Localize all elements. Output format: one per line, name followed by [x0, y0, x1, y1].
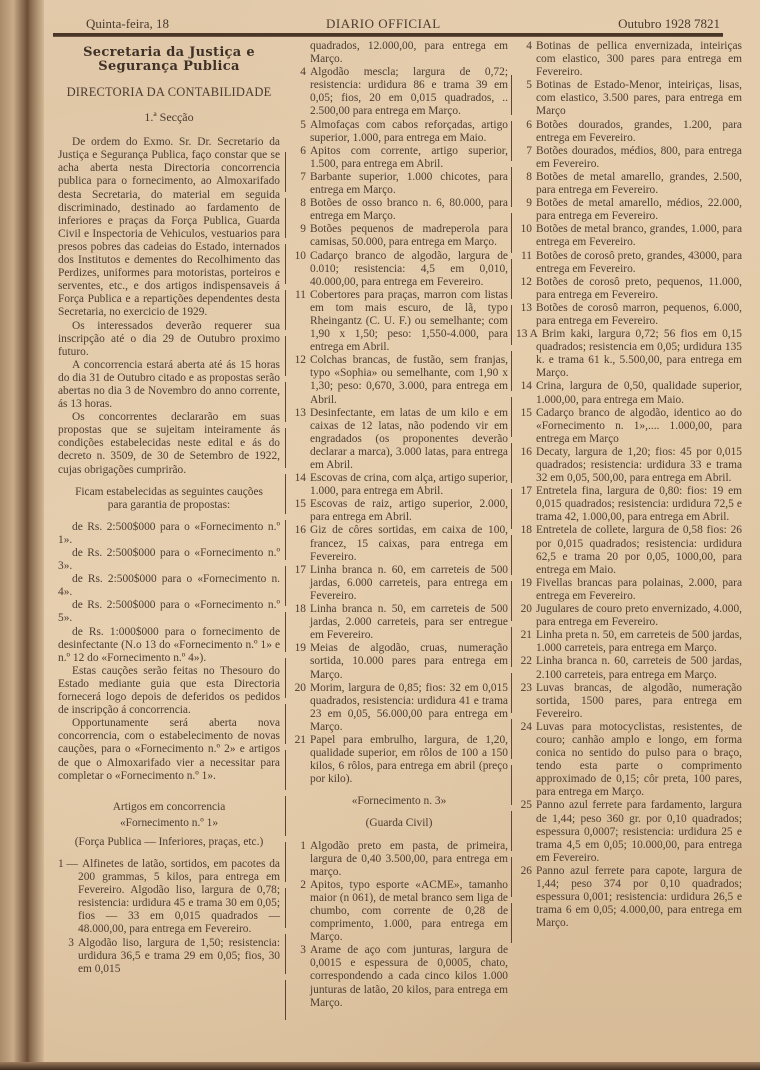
item-number: 14 [516, 380, 532, 393]
item-number: 16 [290, 524, 306, 537]
item-text: Almofaças com cabos reforçadas, artigo s… [310, 119, 508, 144]
list-item: 13Desinfectante, em latas de um kilo e e… [290, 407, 508, 472]
list-item: 10Botões de metal branco, grandes, 1.000… [516, 223, 742, 249]
item-text: Luvas brancas, de algodão, numeração sor… [536, 682, 742, 720]
item-text: Papel para embrulho, largura, de 1,20, q… [310, 734, 508, 785]
list-item: 18Linha branca n. 50, em carreteis de 50… [290, 603, 508, 642]
item-number: 25 [516, 799, 532, 812]
item-number: 17 [516, 485, 532, 498]
item-text: Linha branca n. 50, em carreteis de 500 … [310, 603, 508, 641]
item-number: 5 [516, 79, 532, 92]
item-text: Meias de algodão, cruas, numeração sorti… [310, 642, 508, 680]
list-item: 21Linha preta n. 50, em carreteis de 500… [516, 629, 742, 655]
item-text: Linha branca n. 60, carreteis de 500 jar… [536, 655, 742, 680]
item-number: 7 [290, 171, 306, 184]
items-list: 4Botinas de pellica envernizada, inteiri… [516, 40, 742, 930]
list-item: 21Papel para embrulho, largura, de 1,20,… [290, 734, 508, 786]
column-3: 4Botinas de pellica envernizada, inteiri… [516, 40, 742, 930]
item-text: Colchas brancas, de fustão, sem franjas,… [310, 354, 508, 405]
item-text: Linha branca n. 60, em carreteis de 500 … [310, 564, 508, 602]
paragraph: A concorrencia estará aberta até ás 15 h… [58, 359, 280, 411]
item-number: 11 [516, 250, 532, 263]
closing-paragraphs: Estas cauções serão feitas no Thesouro d… [58, 665, 280, 783]
item-text: Botões de metal amarello, médios, 22.000… [536, 197, 742, 222]
item-text: Crina, largura de 0,50, qualidade superi… [536, 380, 742, 405]
items-list: 4Algodão mescla; largura de 0,72; resist… [290, 66, 508, 786]
item-number: 12 [290, 354, 306, 367]
item-text: Algodão preto em pasta, de primeira, lar… [310, 840, 508, 878]
item-number: 21 [516, 629, 532, 642]
item-text: Entretela de collete, largura de 0,58 fi… [536, 524, 742, 575]
list-item: 17Linha branca n. 60, em carreteis de 50… [290, 564, 508, 603]
item-number: 20 [290, 682, 306, 695]
list-item: 17Entretela fina, largura de 0,80: fios:… [516, 485, 742, 524]
header-title: DIARIO OFFICIAL [326, 16, 441, 32]
item-number: 10 [290, 250, 306, 263]
list-item: 6Botões dourados, grandes, 1.200, para e… [516, 119, 742, 145]
item-text: Algodão liso, largura de 1,50; resistenc… [78, 937, 280, 975]
fornecimento-3-heading: «Fornecimento n. 3» [290, 795, 508, 808]
item-text: Brim kaki, largura 0,72; 56 fios em 0,15… [536, 328, 742, 379]
artigos-heading: Artigos em concorrencia [58, 801, 280, 814]
item-number: 4 [516, 40, 532, 53]
fornecimento-1-heading: «Fornecimento n.º 1» [58, 817, 280, 830]
item-number: 1 — [58, 858, 78, 871]
item-number: 22 [516, 655, 532, 668]
item-text: Botões de corosô preto, pequenos, 11.000… [536, 276, 742, 301]
paragraph: de Rs. 2:500$000 para o «Fornecimento n.… [58, 573, 280, 599]
list-item: 7Barbante superior, 1.000 chicotes, para… [290, 171, 508, 197]
item-text: Algodão mescla; largura de 0,72; resiste… [310, 66, 508, 117]
list-item: 19Fivellas brancas para polainas, 2.000,… [516, 577, 742, 603]
list-item: 2Apitos, typo esporte «ACME», tamanho ma… [290, 879, 508, 944]
list-item: 12Colchas brancas, de fustão, sem franja… [290, 354, 508, 406]
item-number: 6 [516, 119, 532, 132]
item-text: Cobertores para praças, marron com lista… [310, 289, 508, 353]
list-item: 9Botões pequenos de madreperola para cam… [290, 223, 508, 249]
paragraph: de Rs. 1:000$000 para o fornecimento de … [58, 626, 280, 665]
item-number: 2 [290, 879, 306, 892]
continuation-text: quadrados, 12.000,00, para entrega em Ma… [290, 40, 508, 66]
newspaper-page: Quinta-feira, 18 DIARIO OFFICIAL Outubro… [0, 0, 760, 1070]
list-item: 1 —Alfinetes de latão, sortidos, em paco… [58, 858, 280, 937]
item-number: 26 [516, 865, 532, 878]
item-number: 20 [516, 603, 532, 616]
column-divider [285, 152, 286, 1022]
header-issue: Outubro 1928 7821 [618, 16, 720, 32]
paragraph: Opportunamente será aberta nova concorre… [58, 717, 280, 782]
list-item: 8Botões de metal amarello, grandes, 2.50… [516, 171, 742, 197]
item-text: Botões de corosô marron, pequenos, 6.000… [536, 302, 742, 327]
paragraph: de Rs. 2:500$000 para o «Fornecimento n.… [58, 599, 280, 625]
list-item: 13Botões de corosô marron, pequenos, 6.0… [516, 302, 742, 328]
item-number: 19 [516, 577, 532, 590]
item-text: Botinas de pellica envernizada, inteiriç… [536, 40, 742, 78]
list-item: 4Algodão mescla; largura de 0,72; resist… [290, 66, 508, 118]
item-text: Alfinetes de latão, sortidos, em pacotes… [78, 858, 280, 935]
item-number: 15 [290, 498, 306, 511]
item-text: Luvas para motocyclistas, resistentes, d… [536, 721, 742, 798]
column-1: Secretaria da Justiça e Segurança Public… [58, 40, 280, 976]
list-item: 25Panno azul ferrete para fardamento, la… [516, 799, 742, 864]
item-number: 17 [290, 564, 306, 577]
item-number: 1 [290, 840, 306, 853]
item-number: 14 [290, 472, 306, 485]
item-number: 8 [290, 197, 306, 210]
item-number: 11 [290, 289, 306, 302]
list-item: 11Cobertores para praças, marron com lis… [290, 289, 508, 354]
list-item: 15Escovas de raiz, artigo superior, 2.00… [290, 498, 508, 524]
item-text: Cadarço branco de algodão, largura de 0.… [310, 250, 508, 288]
list-item: 16Giz de côres sortidas, em caixa de 100… [290, 524, 508, 563]
item-number: 8 [516, 171, 532, 184]
item-number: 16 [516, 446, 532, 459]
item-text: Morim, largura de 0,85; fios: 32 em 0,01… [310, 682, 508, 733]
list-item: 8Botões de osso branco n. 6, 80.000, par… [290, 197, 508, 223]
item-number: 7 [516, 145, 532, 158]
list-item: 1Algodão preto em pasta, de primeira, la… [290, 840, 508, 879]
guarda-items-list: 1Algodão preto em pasta, de primeira, la… [290, 840, 508, 1010]
item-number: 3 [58, 937, 74, 950]
item-number: 9 [516, 197, 532, 210]
paragraph: Os concorrentes declararão em suas propo… [58, 411, 280, 476]
item-text: Botões de corosô preto, grandes, 43000, … [536, 250, 742, 275]
item-text: Escovas de crina, com alça, artigo super… [310, 472, 508, 497]
item-text: Barbante superior, 1.000 chicotes, para … [310, 171, 508, 196]
page-header: Quinta-feira, 18 DIARIO OFFICIAL Outubro… [56, 16, 744, 32]
list-item: 7Botões dourados, médios, 800, para entr… [516, 145, 742, 171]
item-number: 21 [290, 734, 306, 747]
list-item: 22Linha branca n. 60, carreteis de 500 j… [516, 655, 742, 681]
list-item: 26Panno azul ferrete para capote, largur… [516, 865, 742, 930]
item-number: 15 [516, 407, 532, 420]
caucoes-heading: Ficam estabelecidas as seguintes cauções… [58, 486, 280, 512]
item-text: Botões dourados, grandes, 1.200, para en… [536, 119, 742, 144]
item-text: Decaty, largura de 1,20; fios: 45 por 0,… [536, 446, 742, 484]
list-item: 10Cadarço branco de algodão, largura de … [290, 250, 508, 289]
list-item: 12Botões de corosô preto, pequenos, 11.0… [516, 276, 742, 302]
department-heading: DIRECTORIA DA CONTABILIDADE [58, 86, 280, 99]
item-text: Botinas de Estado-Menor, inteiriças, lis… [536, 79, 742, 117]
paragraph: Estas cauções serão feitas no Thesouro d… [58, 665, 280, 717]
item-text: Jugulares de couro preto envernizado, 4.… [536, 603, 742, 628]
list-item: 6Apitos com corrente, artigo superior, 1… [290, 145, 508, 171]
page-bottom-edge [0, 1062, 760, 1070]
paragraph: De ordem do Exmo. Sr. Dr. Secretario da … [58, 136, 280, 319]
guarda-civil-heading: (Guarda Civil) [290, 817, 508, 830]
list-item: 3Algodão liso, largura de 1,50; resisten… [58, 937, 280, 976]
item-number: 9 [290, 223, 306, 236]
item-number: 4 [290, 66, 306, 79]
item-text: Botões dourados, médios, 800, para entre… [536, 145, 742, 170]
subsection-heading: 1.ª Secção [58, 111, 280, 124]
list-item: 20Morim, largura de 0,85; fios: 32 em 0,… [290, 682, 508, 734]
item-text: Panno azul ferrete para fardamento, larg… [536, 799, 742, 863]
column-2: quadrados, 12.000,00, para entrega em Ma… [290, 40, 508, 1010]
section-title: Secretaria da Justiça e Segurança Public… [58, 46, 280, 74]
list-item: 13 ABrim kaki, largura 0,72; 56 fios em … [516, 328, 742, 380]
item-text: Botões de osso branco n. 6, 80.000, para… [310, 197, 508, 222]
item-text: Apitos com corrente, artigo superior, 1.… [310, 145, 508, 170]
item-number: 19 [290, 642, 306, 655]
item-text: Panno azul ferrete para capote, largura … [536, 865, 742, 929]
item-text: Apitos, typo esporte «ACME», tamanho mai… [310, 879, 508, 943]
item-text: Escovas de raiz, artigo superior, 2.000,… [310, 498, 508, 523]
list-item: 9Botões de metal amarello, médios, 22.00… [516, 197, 742, 223]
item-number: 24 [516, 721, 532, 734]
list-item: 14Escovas de crina, com alça, artigo sup… [290, 472, 508, 498]
list-item: 24Luvas para motocyclistas, resistentes,… [516, 721, 742, 800]
item-number: 3 [290, 944, 306, 957]
paragraph: Os interessados deverão requerer sua ins… [58, 320, 280, 359]
item-number: 18 [516, 524, 532, 537]
page-gutter [0, 0, 44, 1070]
item-text: Linha preta n. 50, em carreteis de 500 j… [536, 629, 742, 654]
item-number: 18 [290, 603, 306, 616]
item-text: Botões de metal branco, grandes, 1.000, … [536, 223, 742, 248]
item-text: Botões pequenos de madreperola para cami… [310, 223, 508, 248]
list-item: 5Almofaças com cabos reforçadas, artigo … [290, 119, 508, 145]
list-item: 20Jugulares de couro preto envernizado, … [516, 603, 742, 629]
paragraph: de Rs. 2:500$000 para o «Fornecimento n.… [58, 547, 280, 573]
items-list: 1 —Alfinetes de latão, sortidos, em paco… [58, 858, 280, 976]
item-text: Cadarço branco de algodão, identico ao d… [536, 407, 742, 445]
item-text: Arame de aço com junturas, largura de 0,… [310, 944, 508, 1008]
paragraph: de Rs. 2:500$000 para o «Fornecimento n.… [58, 521, 280, 547]
item-text: Entretela fina, largura de 0,80: fios: 1… [536, 485, 742, 523]
list-item: 11Botões de corosô preto, grandes, 43000… [516, 250, 742, 276]
column-divider [511, 75, 512, 945]
item-text: Desinfectante, em latas de um kilo e em … [310, 407, 508, 471]
list-item: 15Cadarço branco de algodão, identico ao… [516, 407, 742, 446]
item-number: 10 [516, 223, 532, 236]
item-text: Giz de côres sortidas, em caixa de 100, … [310, 524, 508, 562]
item-number: 23 [516, 682, 532, 695]
intro-paragraphs: De ordem do Exmo. Sr. Dr. Secretario da … [58, 136, 280, 476]
item-number: 13 [290, 407, 306, 420]
list-item: 3Arame de aço com junturas, largura de 0… [290, 944, 508, 1009]
item-number: 13 A [516, 328, 538, 341]
list-item: 19Meias de algodão, cruas, numeração sor… [290, 642, 508, 681]
item-number: 6 [290, 145, 306, 158]
item-text: Botões de metal amarello, grandes, 2.500… [536, 171, 742, 196]
item-number: 12 [516, 276, 532, 289]
list-item: 18Entretela de collete, largura de 0,58 … [516, 524, 742, 576]
caucoes-list: de Rs. 2:500$000 para o «Fornecimento n.… [58, 521, 280, 665]
list-item: 14Crina, largura de 0,50, qualidade supe… [516, 380, 742, 406]
list-item: 4Botinas de pellica envernizada, inteiri… [516, 40, 742, 79]
item-number: 13 [516, 302, 532, 315]
list-item: 23Luvas brancas, de algodão, numeração s… [516, 682, 742, 721]
header-rule [53, 33, 723, 37]
header-date: Quinta-feira, 18 [86, 16, 169, 32]
list-item: 5Botinas de Estado-Menor, inteiriças, li… [516, 79, 742, 118]
item-number: 5 [290, 119, 306, 132]
forca-publica-heading: (Força Publica — Inferiores, praças, etc… [58, 836, 280, 849]
item-text: Fivellas brancas para polainas, 2.000, p… [536, 577, 742, 602]
list-item: 16Decaty, largura de 1,20; fios: 45 por … [516, 446, 742, 485]
